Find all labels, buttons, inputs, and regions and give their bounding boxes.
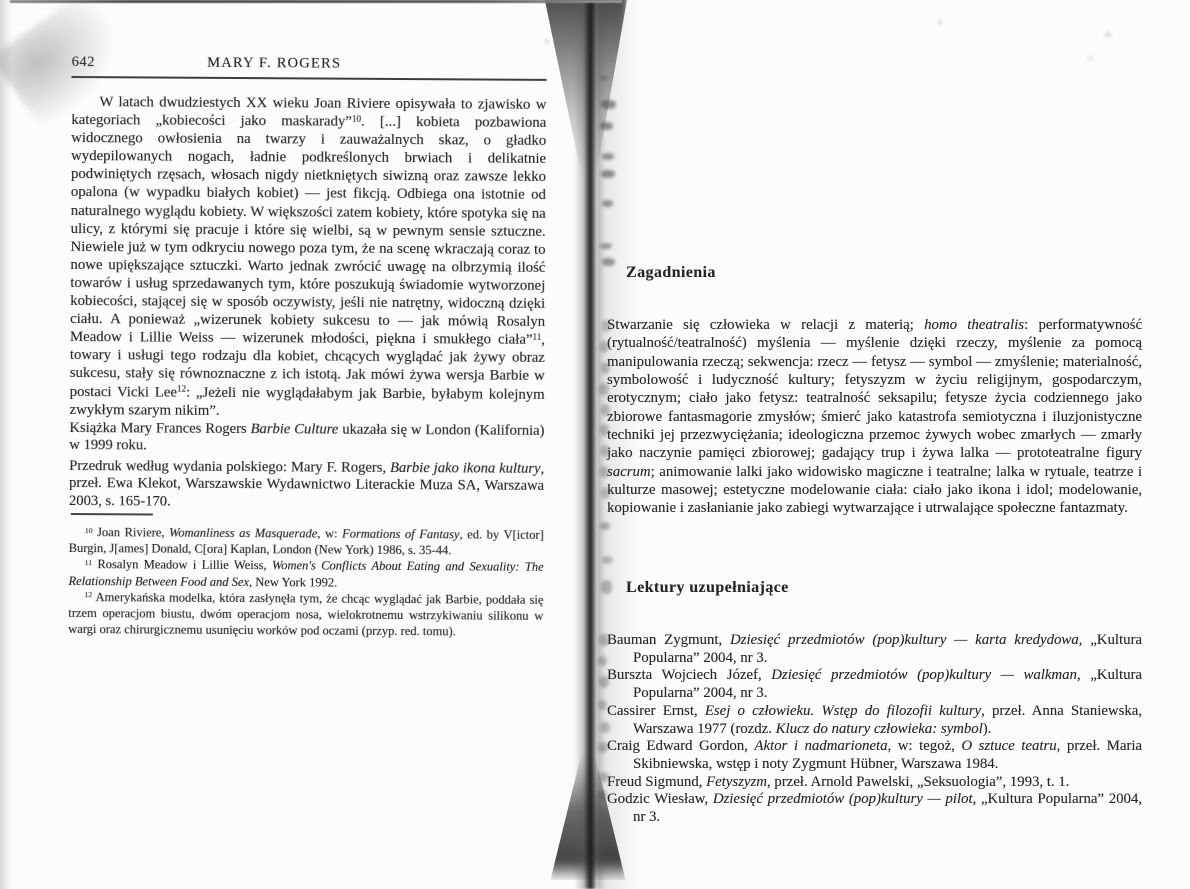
bibliography-list: Bauman Zygmunt, Dziesięć przedmiotów (po… xyxy=(607,632,1142,827)
scan-smudge xyxy=(600,122,613,130)
right-page: Zagadnienia Stwarzanie się człowieka w r… xyxy=(607,0,1142,889)
reprint-note: Przedruk według wydania polskiego: Mary … xyxy=(69,458,544,513)
footnotes-block: 10 Joan Riviere, Womanliness as Masquera… xyxy=(68,524,544,640)
scan-smudge xyxy=(545,40,549,43)
footnote-12: 12 Amerykańska modelka, która zasłynęła … xyxy=(68,589,543,641)
scan-smudge xyxy=(600,76,608,80)
scan-smudge xyxy=(602,556,613,564)
bibliography-entry: Freud Sigmund, Fetyszyzm, przeł. Arnold … xyxy=(607,774,1142,792)
scan-smudge xyxy=(600,341,609,353)
page-header: 642 MARY F. ROGERS xyxy=(72,51,547,81)
scan-smudge xyxy=(599,634,609,646)
scan-smudge xyxy=(601,580,612,594)
scan-smudge xyxy=(599,772,609,782)
scan-smudge xyxy=(1088,56,1093,60)
bibliography-entry: Bauman Zygmunt, Dziesięć przedmiotów (po… xyxy=(607,632,1142,667)
scan-smudge xyxy=(601,445,610,457)
scan-smudge xyxy=(600,424,609,436)
scan-smudge xyxy=(598,790,607,800)
topics-heading: Zagadnienia xyxy=(626,264,716,282)
scan-smudge xyxy=(938,20,942,24)
footnote-11: 11 Rosalyn Meadow i Lillie Weiss, Women'… xyxy=(68,556,543,591)
topics-paragraph: Stwarzanie się człowieka w relacji z mat… xyxy=(607,316,1142,518)
scan-smudge xyxy=(598,656,607,666)
scan-edge-shade xyxy=(0,0,12,889)
scan-smudge xyxy=(598,700,607,710)
scan-smudge xyxy=(602,200,613,207)
scan-smudge xyxy=(602,153,614,160)
body-paragraph: W latach dwudziestych XX wieku Joan Rivi… xyxy=(69,93,546,422)
scan-smudge xyxy=(601,404,610,416)
scan-edge-line xyxy=(10,0,622,3)
left-page: 642 MARY F. ROGERS W latach dwudziestych… xyxy=(67,0,547,889)
scan-smudge xyxy=(600,522,610,530)
footnote-separator xyxy=(71,513,153,516)
scan-smudge xyxy=(600,243,612,249)
bibliography-entry: Craig Edward Gordon, Aktor i nadmarionet… xyxy=(607,738,1142,773)
bibliography-entry: Godzic Wiesław, Dziesięć przedmiotów (po… xyxy=(607,791,1142,826)
scan-smudge xyxy=(601,487,610,499)
scan-smudge xyxy=(1105,32,1111,37)
footnote-10: 10 Joan Riviere, Womanliness as Masquera… xyxy=(69,524,544,559)
scan-smudge xyxy=(601,100,616,109)
scan-smudge xyxy=(602,258,615,266)
scan-smudge xyxy=(602,320,611,332)
scan-smudge xyxy=(598,742,608,753)
scan-smudge xyxy=(600,466,609,478)
book-note: Książka Mary Frances Rogers Barbie Cultu… xyxy=(69,420,544,458)
scan-smudge xyxy=(601,362,610,374)
scan-smudge xyxy=(601,170,615,178)
bibliography-entry: Cassirer Ernst, Esej o człowieku. Wstęp … xyxy=(607,703,1142,738)
scan-smudge xyxy=(599,676,609,688)
book-spread-scan: 642 MARY F. ROGERS W latach dwudziestych… xyxy=(0,0,1190,889)
bibliography-entry: Burszta Wojciech Józef, Dziesięć przedmi… xyxy=(607,667,1142,702)
scan-smudge xyxy=(600,722,610,733)
readings-heading: Lektury uzupełniające xyxy=(626,579,789,597)
scan-smudge xyxy=(599,383,609,396)
